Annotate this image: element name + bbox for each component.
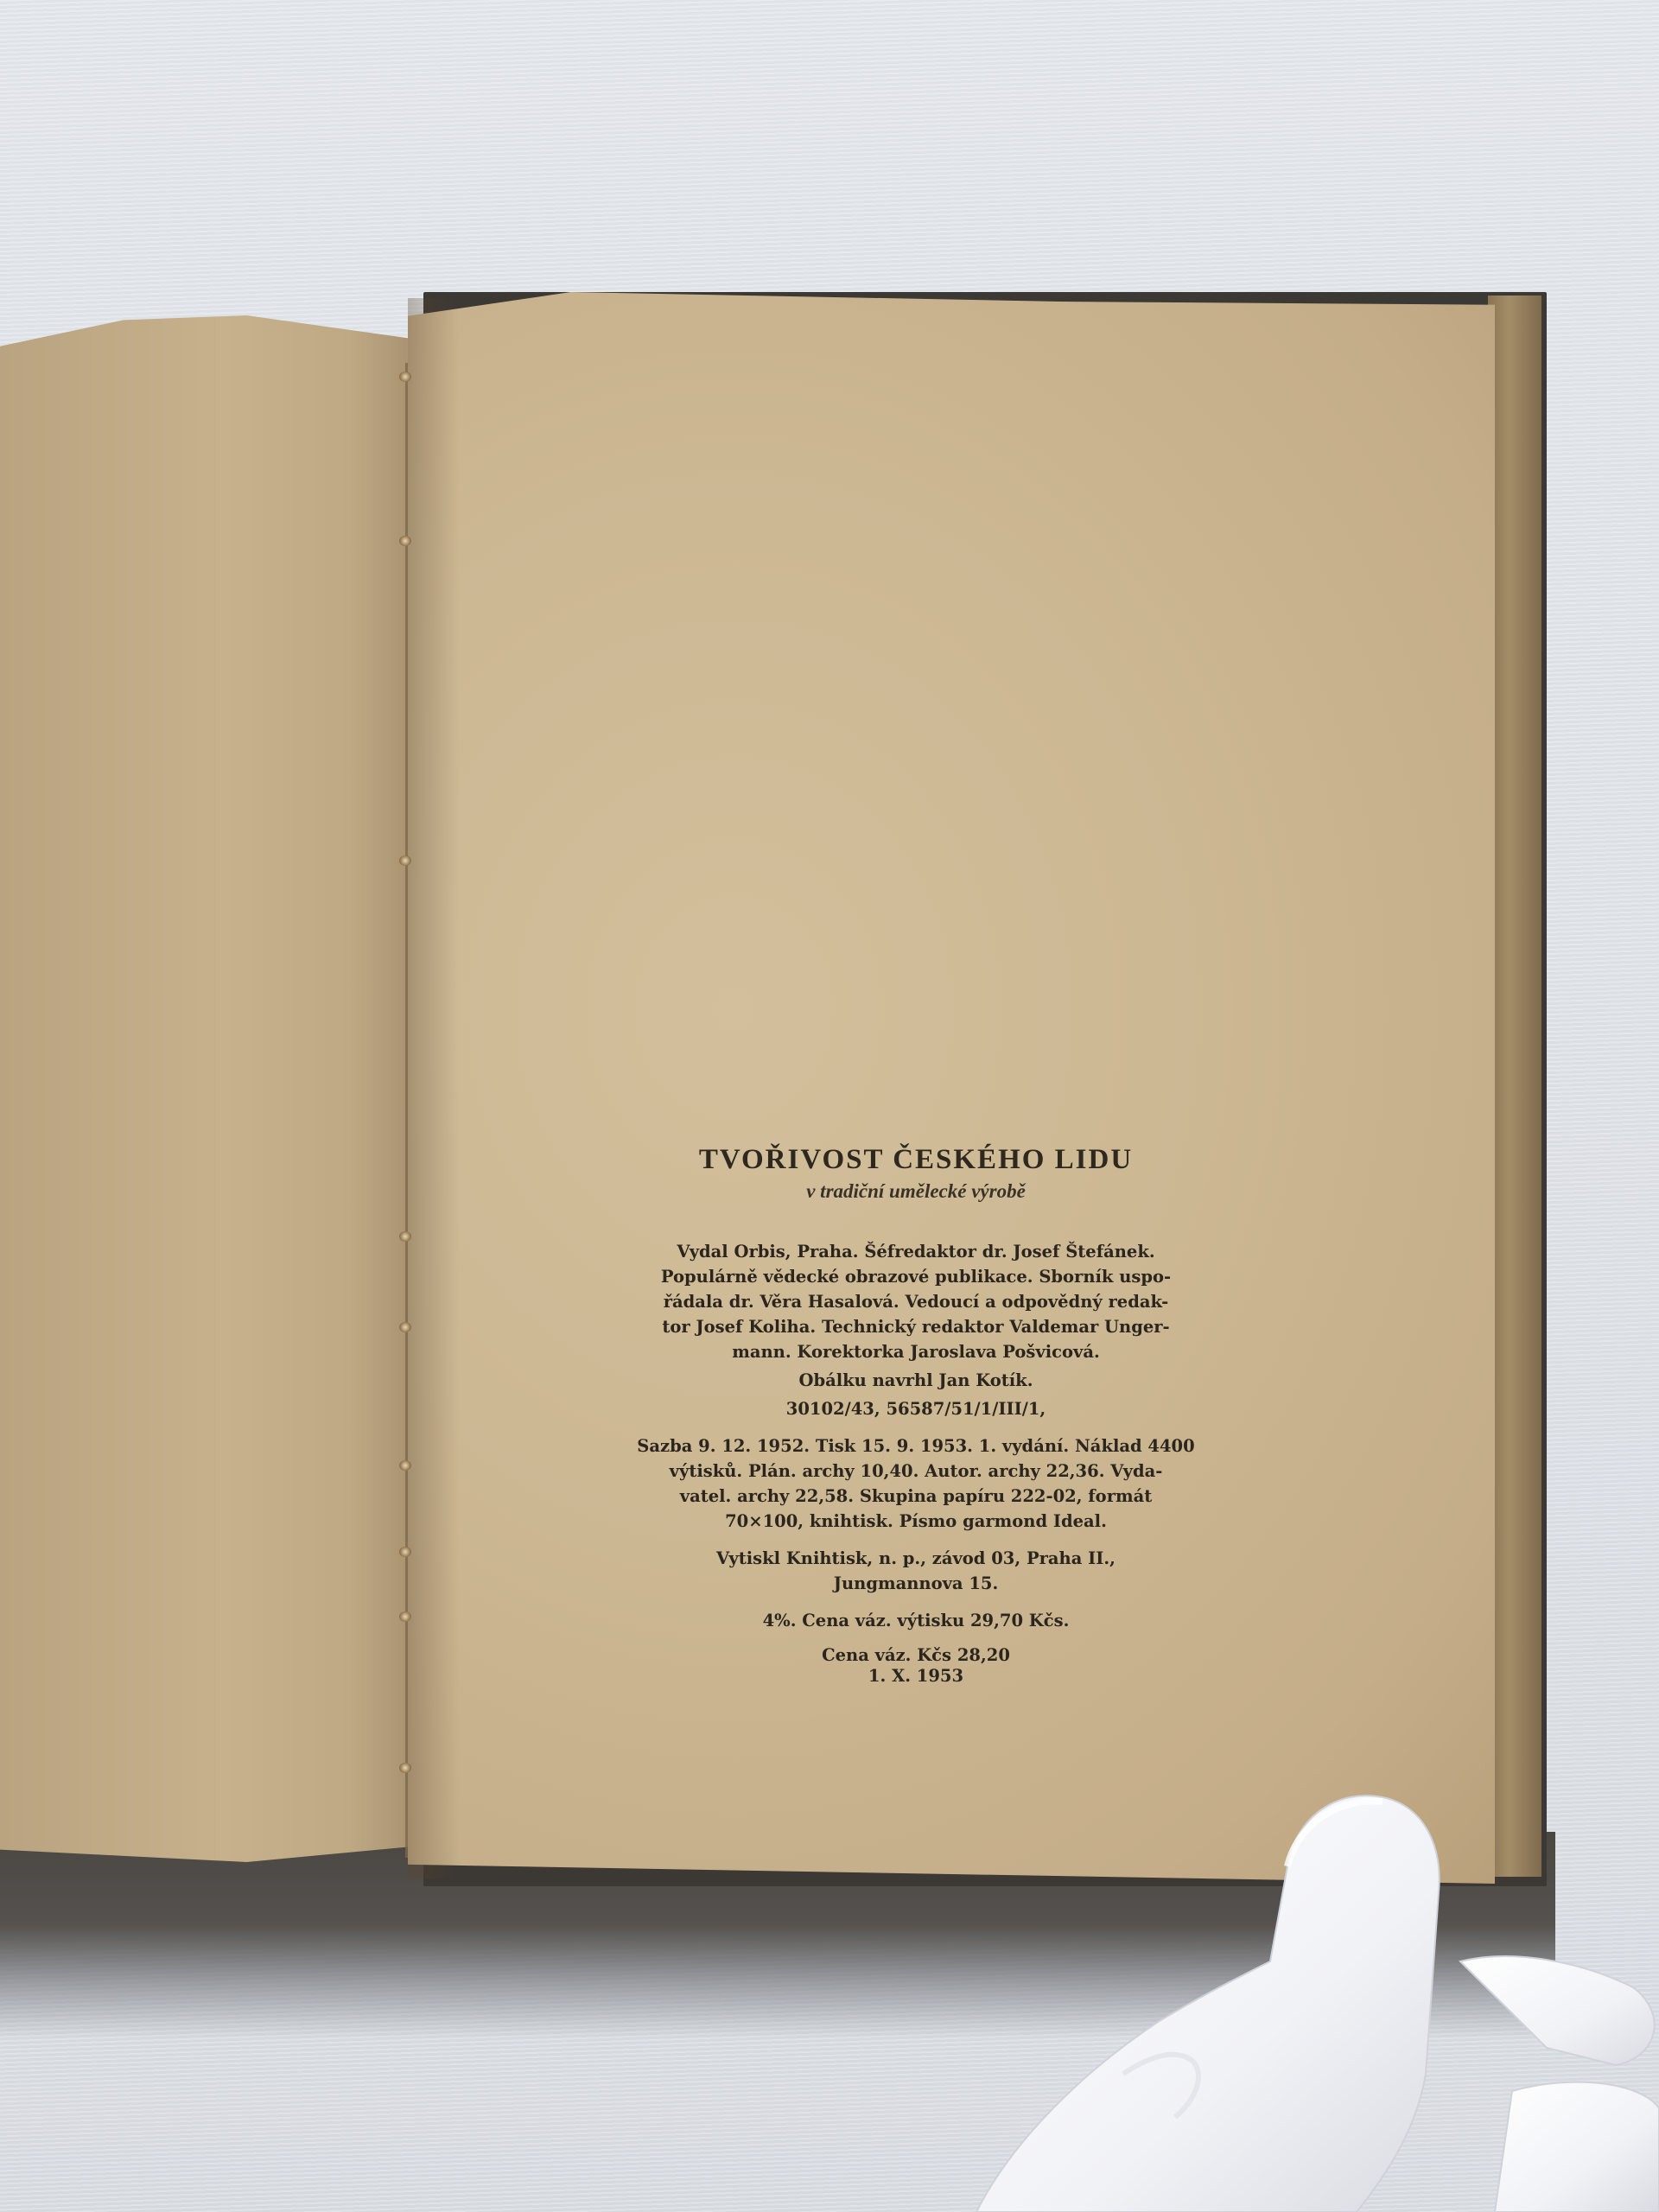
stitch-hole xyxy=(399,1322,411,1332)
stitch-hole xyxy=(399,536,411,546)
gutter-shadow xyxy=(408,298,460,1879)
date-line: 1. X. 1953 xyxy=(635,1666,1197,1687)
stitch-hole xyxy=(399,1547,411,1557)
print-line: Sazba 9. 12. 1952. Tisk 15. 9. 1953. 1. … xyxy=(635,1433,1197,1459)
printer-line: Jungmannova 15. xyxy=(635,1571,1197,1596)
book-subtitle: v tradiční umělecké výrobě xyxy=(635,1179,1197,1205)
colophon-block: TVOŘIVOST ČESKÉHO LIDU v tradiční umělec… xyxy=(635,1142,1197,1687)
print-line: 70×100, knihtisk. Písmo garmond Ideal. xyxy=(635,1509,1197,1534)
credits-line: tor Josef Koliha. Technický redaktor Val… xyxy=(635,1314,1197,1339)
print-line: výtisků. Plán. archy 10,40. Autor. archy… xyxy=(635,1459,1197,1484)
cover-design-credit: Obálku navrhl Jan Kotík. xyxy=(635,1368,1197,1393)
left-page-blank xyxy=(0,315,411,1862)
price-paragraph: Cena váz. Kčs 28,20 1. X. 1953 xyxy=(635,1645,1197,1687)
printer-paragraph: Vytiskl Knihtisk, n. p., závod 03, Praha… xyxy=(635,1546,1197,1596)
stitch-hole xyxy=(399,1231,411,1242)
stitch-hole xyxy=(399,1763,411,1773)
cover-edge xyxy=(1488,296,1541,1877)
credits-line: mann. Korektorka Jaroslava Pošvicová. xyxy=(635,1339,1197,1364)
catalog-numbers: 30102/43, 56587/51/1/III/1, xyxy=(635,1396,1197,1421)
credits-line: řádala dr. Věra Hasalová. Vedoucí a odpo… xyxy=(635,1289,1197,1314)
book-title: TVOŘIVOST ČESKÉHO LIDU xyxy=(635,1142,1197,1177)
bound-copy-price: 4%. Cena váz. výtisku 29,70 Kčs. xyxy=(635,1608,1197,1633)
white-glove-hand-icon xyxy=(976,1763,1659,2212)
stitch-hole xyxy=(399,1460,411,1471)
credits-paragraph: Vydal Orbis, Praha. Šéfredaktor dr. Jose… xyxy=(635,1239,1197,1364)
print-line: vatel. archy 22,58. Skupina papíru 222-0… xyxy=(635,1484,1197,1509)
credits-line: Vydal Orbis, Praha. Šéfredaktor dr. Jose… xyxy=(635,1239,1197,1264)
credits-line: Populárně vědecké obrazové publikace. Sb… xyxy=(635,1264,1197,1289)
stitch-hole xyxy=(399,855,411,866)
spine-fold xyxy=(405,363,408,1858)
price-line: Cena váz. Kčs 28,20 xyxy=(635,1645,1197,1666)
printer-line: Vytiskl Knihtisk, n. p., závod 03, Praha… xyxy=(635,1546,1197,1571)
stitch-hole xyxy=(399,1611,411,1622)
stitch-hole xyxy=(399,372,411,382)
print-details-paragraph: Sazba 9. 12. 1952. Tisk 15. 9. 1953. 1. … xyxy=(635,1433,1197,1534)
